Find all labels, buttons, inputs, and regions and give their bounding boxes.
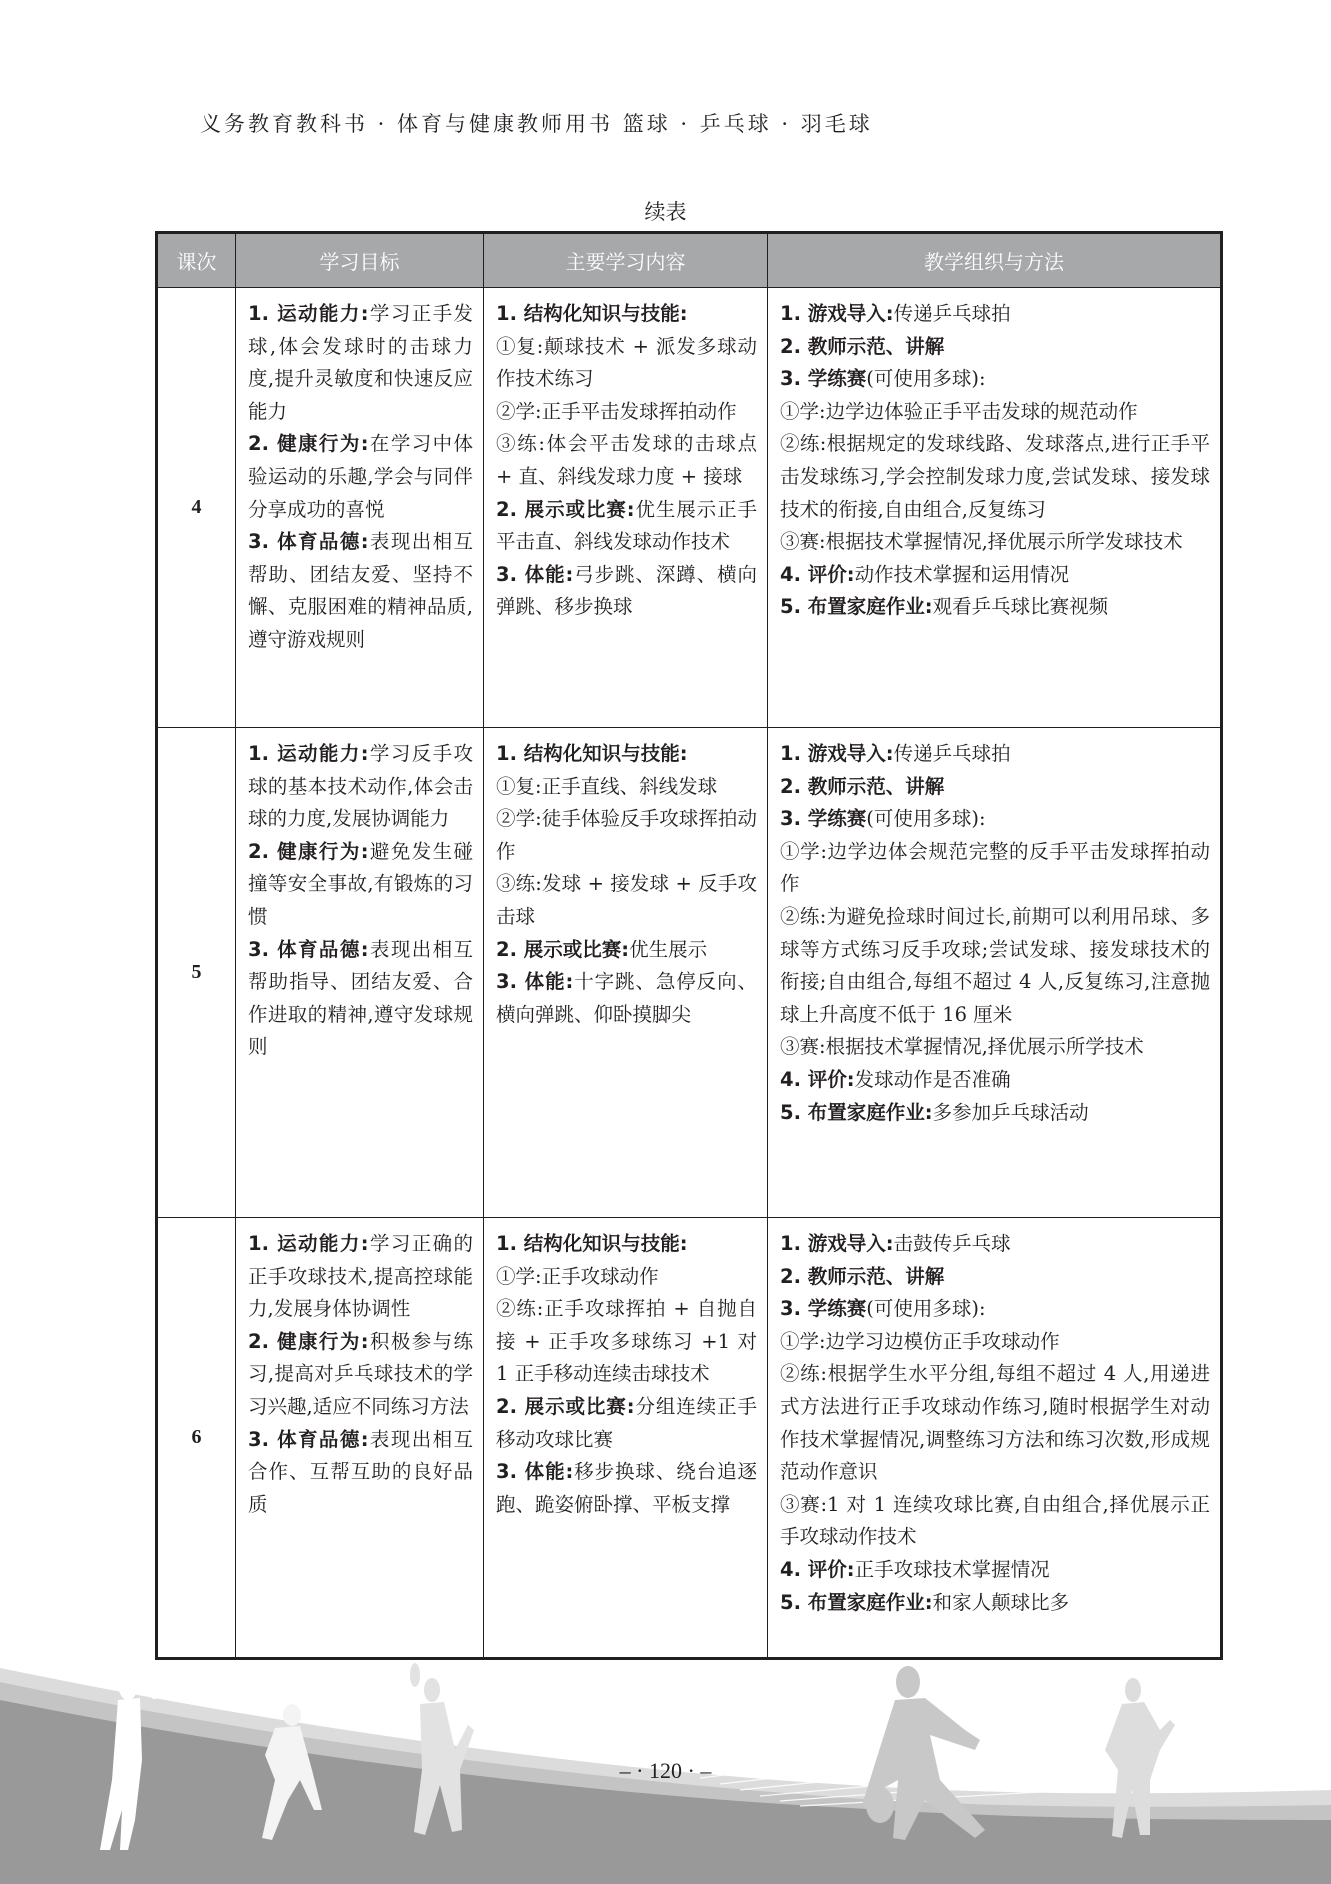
method-item: 3. 学练赛(可使用多球): (780, 363, 1210, 396)
goals-cell: 1. 运动能力:学习正确的正手攻球技术,提高控球能力,发展身体协调性 2. 健康… (236, 1218, 484, 1659)
content-item: ①复:正手直线、斜线发球 (496, 771, 757, 804)
method-item: 3. 学练赛(可使用多球): (780, 803, 1210, 836)
methods-cell: 1. 游戏导入:传递乒乓球拍 2. 教师示范、讲解 3. 学练赛(可使用多球):… (768, 728, 1222, 1218)
lesson-number: 4 (157, 288, 236, 728)
content-item: 2. 展示或比赛:优生展示正手平击直、斜线发球动作技术 (496, 494, 757, 559)
method-item: 1. 游戏导入:击鼓传乒乓球 (780, 1228, 1210, 1261)
methods-cell: 1. 游戏导入:传递乒乓球拍 2. 教师示范、讲解 3. 学练赛(可使用多球):… (768, 288, 1222, 728)
method-item: ②练:根据规定的发球线路、发球落点,进行正手平击发球练习,学会控制发球力度,尝试… (780, 428, 1210, 526)
content-item: ②学:正手平击发球挥拍动作 (496, 396, 757, 429)
content-item: 1. 结构化知识与技能: (496, 298, 757, 331)
content-cell: 1. 结构化知识与技能: ①复:正手直线、斜线发球 ②学:徒手体验反手攻球挥拍动… (484, 728, 768, 1218)
goal-item: 3. 体育品德:表现出相互帮助指导、团结友爱、合作进取的精神,遵守发球规则 (248, 934, 473, 1064)
header-methods: 教学组织与方法 (768, 233, 1222, 288)
method-item: ③赛:根据技术掌握情况,择优展示所学技术 (780, 1031, 1210, 1064)
goals-cell: 1. 运动能力:学习反手攻球的基本技术动作,体会击球的力度,发展协调能力 2. … (236, 728, 484, 1218)
method-item: 1. 游戏导入:传递乒乓球拍 (780, 298, 1210, 331)
method-item: 4. 评价:发球动作是否准确 (780, 1064, 1210, 1097)
table-caption: 续表 (0, 196, 1331, 226)
goal-item: 1. 运动能力:学习正确的正手攻球技术,提高控球能力,发展身体协调性 (248, 1228, 473, 1326)
method-item: 1. 游戏导入:传递乒乓球拍 (780, 738, 1210, 771)
method-item: ③赛:根据技术掌握情况,择优展示所学发球技术 (780, 526, 1210, 559)
content-item: ③练:体会平击发球的击球点 + 直、斜线发球力度 + 接球 (496, 428, 757, 493)
method-item: ②练:根据学生水平分组,每组不超过 4 人,用递进式方法进行正手攻球动作练习,随… (780, 1358, 1210, 1488)
goal-item: 2. 健康行为:积极参与练习,提高对乒乓球技术的学习兴趣,适应不同练习方法 (248, 1326, 473, 1424)
goal-item: 1. 运动能力:学习正手发球,体会发球时的击球力度,提升灵敏度和快速反应能力 (248, 298, 473, 428)
content-item: 2. 展示或比赛:优生展示 (496, 934, 757, 967)
goal-item: 1. 运动能力:学习反手攻球的基本技术动作,体会击球的力度,发展协调能力 (248, 738, 473, 836)
content-item: 3. 体能:弓步跳、深蹲、横向弹跳、移步换球 (496, 559, 757, 624)
method-item: 4. 评价:正手攻球技术掌握情况 (780, 1554, 1210, 1587)
method-item: 2. 教师示范、讲解 (780, 331, 1210, 364)
table-row: 6 1. 运动能力:学习正确的正手攻球技术,提高控球能力,发展身体协调性 2. … (157, 1218, 1222, 1659)
goal-item: 3. 体育品德:表现出相互合作、互帮互助的良好品质 (248, 1424, 473, 1522)
method-item: ③赛:1 对 1 连续攻球比赛,自由组合,择优展示正手攻球动作技术 (780, 1489, 1210, 1554)
content-cell: 1. 结构化知识与技能: ①学:正手攻球动作 ②练:正手攻球挥拍 + 自抛自接 … (484, 1218, 768, 1659)
content-item: ③练:发球 + 接发球 + 反手攻击球 (496, 868, 757, 933)
page-number: – · 120 · – (0, 1758, 1331, 1784)
goal-item: 2. 健康行为:在学习中体验运动的乐趣,学会与同伴分享成功的喜悦 (248, 428, 473, 526)
method-item: ①学:边学边体会规范完整的反手平击发球挥拍动作 (780, 836, 1210, 901)
method-item: ①学:边学边体验正手平击发球的规范动作 (780, 396, 1210, 429)
goal-item: 2. 健康行为:避免发生碰撞等安全事故,有锻炼的习惯 (248, 836, 473, 934)
content-item: ②学:徒手体验反手攻球挥拍动作 (496, 803, 757, 868)
method-item: 5. 布置家庭作业:观看乒乓球比赛视频 (780, 591, 1210, 624)
method-item: ②练:为避免捡球时间过长,前期可以利用吊球、多球等方式练习反手攻球;尝试发球、接… (780, 901, 1210, 1031)
method-item: 4. 评价:动作技术掌握和运用情况 (780, 559, 1210, 592)
content-item: 3. 体能:十字跳、急停反向、横向弹跳、仰卧摸脚尖 (496, 966, 757, 1031)
table-header-row: 课次 学习目标 主要学习内容 教学组织与方法 (157, 233, 1222, 288)
content-item: ②练:正手攻球挥拍 + 自抛自接 + 正手攻多球练习 +1 对 1 正手移动连续… (496, 1293, 757, 1391)
goals-cell: 1. 运动能力:学习正手发球,体会发球时的击球力度,提升灵敏度和快速反应能力 2… (236, 288, 484, 728)
methods-cell: 1. 游戏导入:击鼓传乒乓球 2. 教师示范、讲解 3. 学练赛(可使用多球):… (768, 1218, 1222, 1659)
header-content: 主要学习内容 (484, 233, 768, 288)
method-item: 5. 布置家庭作业:和家人颠球比多 (780, 1587, 1210, 1620)
header-lesson: 课次 (157, 233, 236, 288)
table-row: 4 1. 运动能力:学习正手发球,体会发球时的击球力度,提升灵敏度和快速反应能力… (157, 288, 1222, 728)
content-item: 2. 展示或比赛:分组连续正手移动攻球比赛 (496, 1391, 757, 1456)
content-item: 1. 结构化知识与技能: (496, 1228, 757, 1261)
header-goals: 学习目标 (236, 233, 484, 288)
lesson-number: 5 (157, 728, 236, 1218)
method-item: 2. 教师示范、讲解 (780, 771, 1210, 804)
method-item: 2. 教师示范、讲解 (780, 1261, 1210, 1294)
running-head: 义务教育教科书 · 体育与健康教师用书 篮球 · 乒乓球 · 羽毛球 (200, 108, 873, 138)
lesson-plan-table: 课次 学习目标 主要学习内容 教学组织与方法 4 1. 运动能力:学习正手发球,… (155, 231, 1223, 1660)
lesson-number: 6 (157, 1218, 236, 1659)
content-item: ①复:颠球技术 + 派发多球动作技术练习 (496, 331, 757, 396)
content-item: 3. 体能:移步换球、绕台追逐跑、跪姿俯卧撑、平板支撑 (496, 1456, 757, 1521)
method-item: 3. 学练赛(可使用多球): (780, 1293, 1210, 1326)
table-row: 5 1. 运动能力:学习反手攻球的基本技术动作,体会击球的力度,发展协调能力 2… (157, 728, 1222, 1218)
goal-item: 3. 体育品德:表现出相互帮助、团结友爱、坚持不懈、克服困难的精神品质,遵守游戏… (248, 526, 473, 656)
content-item: ①学:正手攻球动作 (496, 1261, 757, 1294)
content-cell: 1. 结构化知识与技能: ①复:颠球技术 + 派发多球动作技术练习 ②学:正手平… (484, 288, 768, 728)
method-item: 5. 布置家庭作业:多参加乒乓球活动 (780, 1097, 1210, 1130)
method-item: ①学:边学习边模仿正手攻球动作 (780, 1326, 1210, 1359)
content-item: 1. 结构化知识与技能: (496, 738, 757, 771)
